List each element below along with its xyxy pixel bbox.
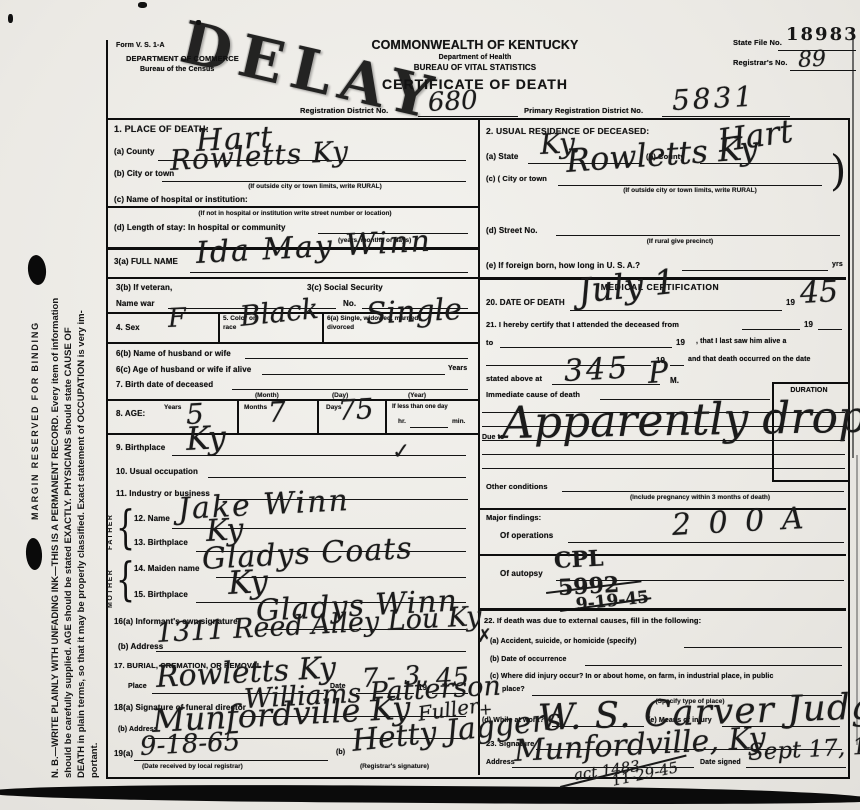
hospital-label: (c) Name of hospital or institution: [114, 195, 248, 204]
cell-divider [322, 312, 324, 342]
certify-line4: stated above at [486, 374, 542, 383]
foreign-born-units: yrs [832, 261, 843, 268]
dod-year-value: 45 [799, 274, 839, 311]
registrar-sig-note: (Registrar's signature) [360, 763, 429, 770]
date-of-death-label: 20. DATE OF DEATH [486, 298, 565, 307]
residence-close-paren: ) [830, 146, 846, 195]
due-to-label: Due to [482, 434, 504, 441]
registrars-no-label: Registrar's No. [733, 58, 788, 67]
rule [585, 665, 842, 666]
cell-divider [317, 399, 319, 433]
certify-line2-prefix: to [486, 338, 493, 347]
length-of-stay-label: (d) Length of stay: In hospital or commu… [114, 223, 286, 232]
death-certificate-scan: MARGIN RESERVED FOR BINDING N. B.—WRITE … [0, 0, 860, 810]
cell-divider [218, 312, 220, 342]
margin-note-line2: should be carefully supplied. AGE should… [63, 168, 74, 778]
certifier-addr-label: Address [486, 759, 515, 766]
certify-year-b: 19 [676, 338, 685, 347]
received-date-value: 9-18-65 [139, 727, 241, 762]
street-no-label: (d) Street No. [486, 226, 538, 235]
major-findings-label: Major findings: [486, 513, 541, 522]
color-race-label2: race [223, 324, 236, 331]
rule [558, 185, 822, 186]
margin-note-line4: portant. [89, 168, 100, 778]
rule [670, 365, 684, 366]
cause-of-death-value: Apparently dropsy [502, 391, 860, 449]
rule [818, 329, 842, 330]
rule [746, 767, 846, 768]
city-note: (If outside city or town limits, write R… [180, 183, 450, 190]
father-name-label: 12. Name [134, 514, 170, 523]
social-security-no-label: No. [343, 299, 356, 308]
rule [684, 647, 842, 648]
sex-value: F [167, 303, 187, 334]
mother-brace: { [116, 552, 135, 606]
form-number: Form V. S. 1-A [116, 42, 165, 49]
rule [790, 70, 856, 71]
rule [568, 542, 844, 543]
external-c-label2: place? [502, 686, 525, 693]
certify-line3-suffix: and that death occurred on the date [688, 356, 811, 363]
external-a-label: (a) Accident, suicide, or homicide (spec… [490, 638, 637, 645]
sex-label: 4. Sex [116, 323, 140, 332]
section-rule [480, 554, 846, 556]
age-months-label: Months [244, 404, 267, 411]
margin-note-line1: N. B.—WRITE PLAINLY WITH UNFADING INK—TH… [50, 168, 61, 778]
age-days-value: 75 [337, 392, 374, 427]
external-b-label: (b) Date of occurrence [490, 656, 567, 663]
other-conditions-note: (Include pregnancy within 3 months of de… [570, 494, 830, 501]
external-c-label1: (c) Where did injury occur? In or about … [490, 673, 773, 680]
birthplace-label: 9. Birthplace [116, 443, 165, 452]
birthplace-value: Ky [185, 418, 227, 458]
external-d-label: (d) While at work? [482, 717, 544, 724]
other-conditions-label: Other conditions [486, 482, 548, 491]
external-causes-title: 22. If death was due to external causes,… [484, 616, 701, 625]
rule [232, 389, 468, 390]
rule [556, 235, 840, 236]
margin-note-line3: DEATH in plain terms, so that it may be … [76, 168, 87, 778]
rule [172, 455, 466, 456]
commonwealth-title: COMMONWEALTH OF KENTUCKY [355, 38, 595, 52]
age-years-label: Years [164, 404, 181, 411]
state-file-number: 18983 [786, 24, 859, 45]
husband-age-label: 6(c) Age of husband or wife if alive [116, 365, 251, 374]
veteran-war-label: Name war [116, 299, 155, 308]
operations-value: 2 0 0 A [671, 501, 808, 543]
residence-city-note: (If outside city or town limits, write R… [560, 187, 820, 194]
time-pm-value: P [647, 355, 669, 391]
section-rule [108, 433, 478, 435]
marital-value: Single [365, 292, 463, 332]
father-birthplace-label: 13. Birthplace [134, 538, 188, 547]
residence-state-label: (a) State [486, 152, 518, 161]
punch-hole [25, 537, 43, 570]
father-brace: { [116, 500, 135, 554]
rule [410, 427, 448, 428]
section-rule [108, 399, 478, 401]
rule [742, 329, 800, 330]
certify-year-a: 19 [804, 320, 813, 329]
father-side-label: FATHER [107, 502, 114, 550]
mother-birthplace-label: 15. Birthplace [134, 590, 188, 599]
received-label-19a: 19(a) [114, 749, 133, 758]
rule [190, 272, 468, 273]
birthdate-label: 7. Birth date of deceased [116, 380, 213, 389]
autopsy-note1: CPL [553, 545, 604, 574]
city-label: (b) City or town [114, 169, 174, 178]
binding-margin-note: MARGIN RESERVED FOR BINDING [30, 270, 40, 520]
received-note: (Date received by local registrar) [142, 763, 243, 770]
rule [570, 310, 782, 311]
rule [262, 374, 445, 375]
section-rule [108, 206, 478, 208]
section-rule [108, 277, 478, 279]
occupation-label: 10. Usual occupation [116, 467, 198, 476]
mother-name-label: 14. Maiden name [134, 564, 200, 573]
veteran-label: 3(b) If veteran, [116, 283, 172, 292]
cell-divider [237, 399, 239, 433]
rule [562, 491, 844, 492]
rule [500, 347, 672, 348]
certify-line2-suffix: , that I last saw him alive a [696, 338, 786, 345]
cell-divider [385, 399, 387, 433]
section-rule [108, 342, 478, 344]
operations-label: Of operations [500, 531, 553, 540]
rule [162, 181, 466, 182]
rule [552, 384, 660, 385]
dod-year-prefix: 19 [786, 298, 795, 307]
m-label: M. [670, 376, 679, 385]
registrar-b-label: (b) [336, 749, 345, 756]
rule [245, 358, 468, 359]
certify-line1: 21. I hereby certify that I attended the… [486, 320, 679, 329]
street-note: (If not in hospital or institution write… [130, 210, 460, 217]
page-edge-shadow [0, 783, 860, 806]
street-precinct-note: (If rural give precinct) [600, 238, 760, 245]
year-note: (Year) [408, 392, 426, 399]
primary-district-value: 5831 [671, 80, 756, 117]
scan-speck [8, 14, 13, 23]
min-label: min. [452, 418, 465, 425]
social-security-label: 3(c) Social Security [307, 283, 383, 292]
state-file-label: State File No. [733, 38, 782, 47]
husband-wife-label: 6(b) Name of husband or wife [116, 349, 231, 358]
section-rule [480, 608, 846, 611]
mother-side-label: MOTHER [107, 560, 114, 608]
county-label: (a) County [114, 147, 155, 156]
rule [208, 477, 466, 478]
residence-city-label: (c) ( City or town [486, 174, 547, 183]
header-left-rule [106, 40, 108, 118]
occupation-checkmark: ✓ [391, 439, 411, 465]
full-name-label: 3(a) FULL NAME [114, 257, 178, 266]
age-label: 8. AGE: [116, 409, 145, 418]
rule [134, 760, 328, 761]
autopsy-label: Of autopsy [500, 569, 543, 578]
marital-label2: divorced [327, 324, 354, 331]
primary-district-label: Primary Registration District No. [524, 106, 643, 115]
scan-speck [138, 2, 147, 8]
rule [682, 270, 828, 271]
hr-label: hr. [398, 418, 406, 425]
age-months-value: 7 [267, 395, 287, 429]
husband-age-units: Years [448, 365, 467, 372]
date-signed-label: Date signed [700, 759, 741, 766]
less-than-one-day-note: If less than one day [392, 404, 448, 410]
burial-place-label: Place [128, 683, 147, 690]
